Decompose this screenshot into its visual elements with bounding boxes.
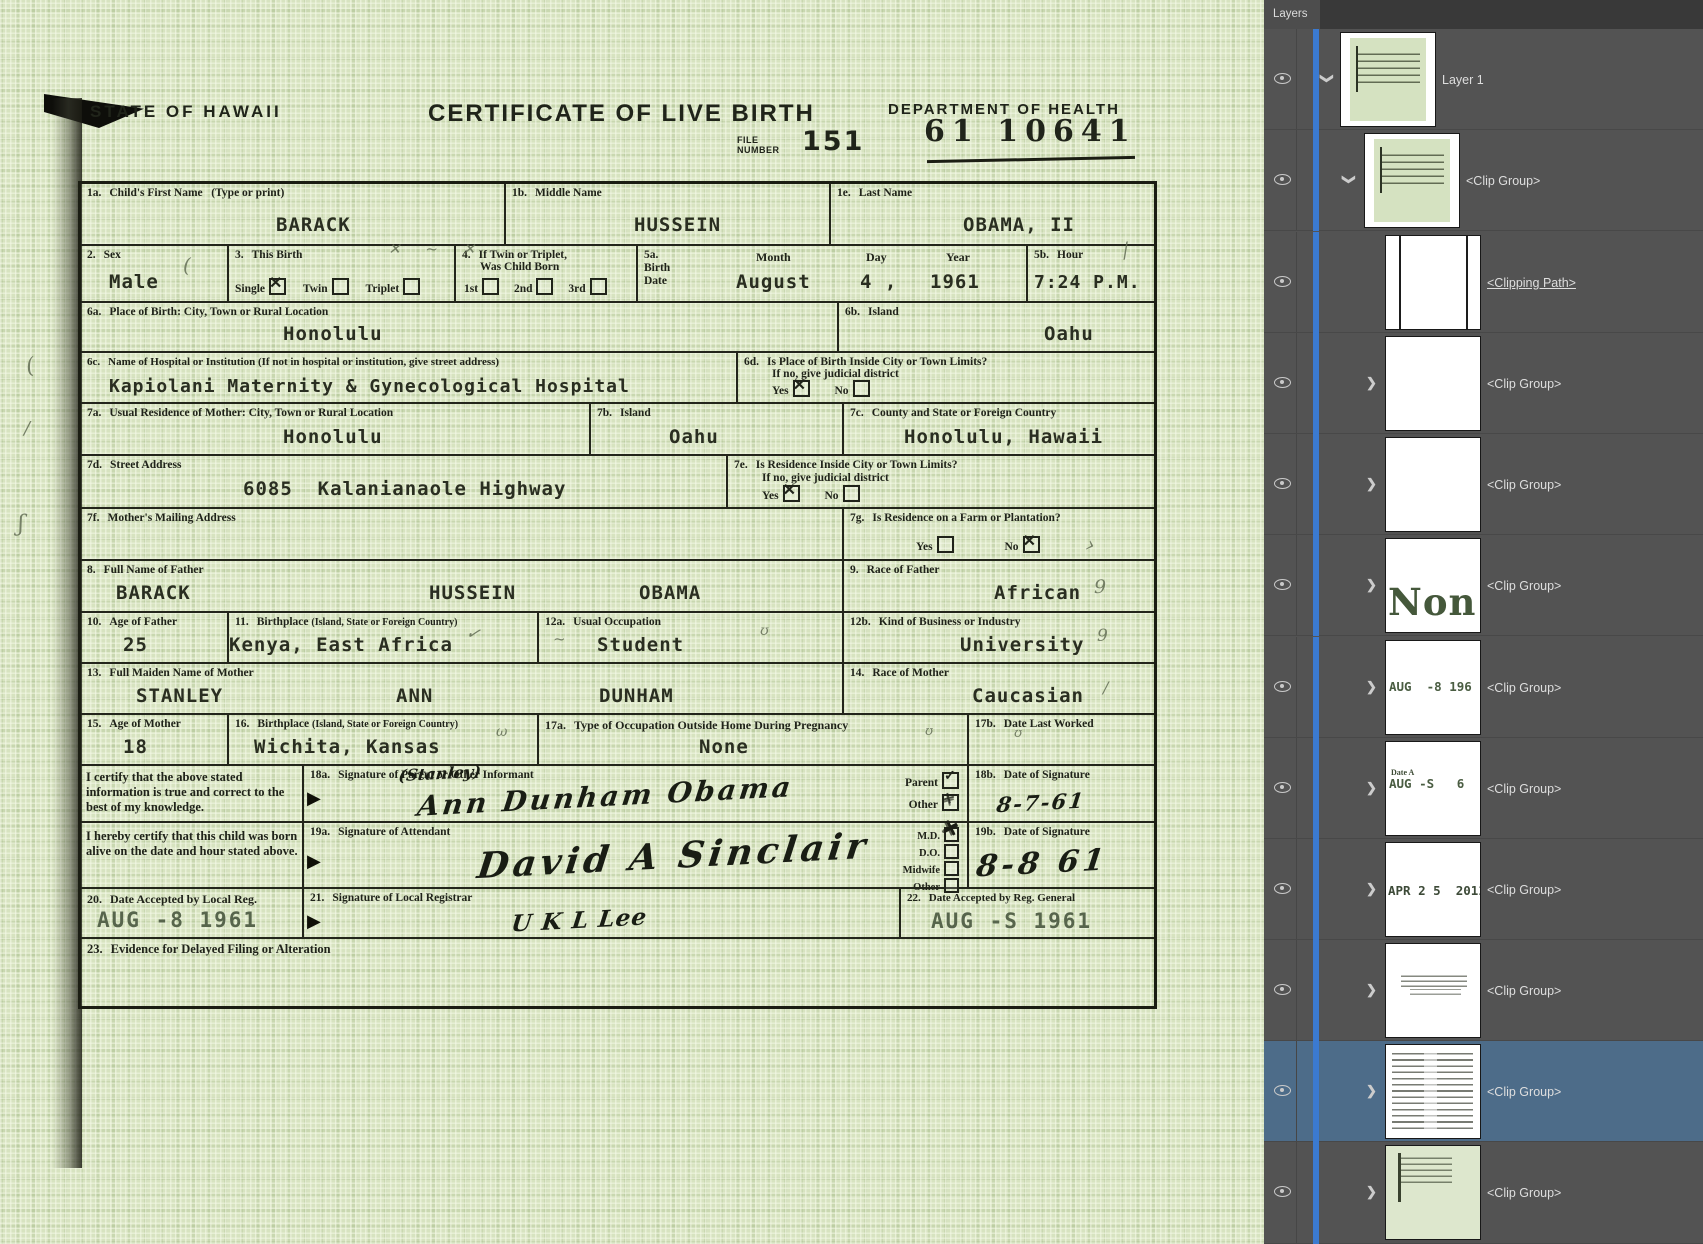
file-number-value: 151 [802, 126, 864, 157]
layer-row-clip-group[interactable]: ❯ <Clip Group> [1264, 434, 1703, 535]
occupation-outside-value: None [699, 736, 749, 758]
checkbox-other-informant [942, 794, 959, 811]
chevron-right-icon[interactable]: ❯ [1366, 476, 1377, 491]
signature-note: (Stanley) [398, 762, 483, 785]
visibility-eye-icon[interactable] [1274, 782, 1291, 793]
chevron-right-icon[interactable]: ❯ [1366, 1184, 1377, 1199]
field-17a-occupation-outside: 17a.Type of Occupation Outside Home Duri… [539, 715, 969, 766]
file-number-label: FILE NUMBER [737, 135, 780, 155]
visibility-eye-icon[interactable] [1274, 73, 1291, 84]
chevron-down-icon[interactable]: ❯ [1342, 174, 1357, 185]
layer-color-bar [1313, 738, 1319, 839]
pencil-mark: ʃ [18, 512, 24, 537]
arrow-marker-icon: ▶ [307, 788, 321, 809]
field-5a-birth-date: 5a. Birth Date Month Day Year August 4 ,… [638, 246, 1028, 303]
father-middle-value: HUSSEIN [429, 582, 516, 604]
father-last-value: OBAMA [639, 582, 701, 604]
field-19b-date-of-signature: 19b.Date of Signature 8-8 61 [969, 823, 1154, 889]
parent-signature-date: 8-7-61 [995, 788, 1087, 818]
hospital-value: Kapiolani Maternity & Gynecological Hosp… [109, 376, 630, 397]
document-canvas[interactable]: STATE OF HAWAII CERTIFICATE OF LIVE BIRT… [0, 0, 1264, 1244]
certificate-number-underline [927, 156, 1135, 163]
birth-hour-value: 7:24 P.M. [1034, 272, 1141, 293]
mother-birthplace-value: Wichita, Kansas [254, 736, 441, 758]
field-12a-occupation: 12a.Usual Occupation Student [539, 613, 844, 664]
mother-race-value: Caucasian [972, 685, 1084, 707]
visibility-eye-icon[interactable] [1274, 579, 1291, 590]
field-6b-island: 6b.Island Oahu [839, 303, 1154, 353]
reg-general-date-stamp: AUG -S 1961 [931, 909, 1092, 933]
visibility-eye-icon[interactable] [1274, 984, 1291, 995]
checkbox-parent [942, 772, 959, 789]
mother-maiden-value: DUNHAM [599, 685, 674, 707]
mother-island-value: Oahu [669, 426, 719, 448]
pencil-mark: ʊ [760, 623, 769, 639]
birth-day-value: 4 , [860, 271, 897, 293]
field-11-father-birthplace: 11.Birthplace (Island, State or Foreign … [229, 613, 539, 664]
father-first-value: BARACK [116, 582, 191, 604]
birth-year-value: 1961 [930, 271, 980, 293]
field-20-date-accepted-local: 20.Date Accepted by Local Reg. AUG -8 19… [81, 889, 304, 939]
chevron-right-icon[interactable]: ❯ [1366, 1083, 1377, 1098]
layer-thumbnail[interactable]: APR 2 5 2011 [1385, 842, 1481, 937]
checkbox-md [944, 827, 959, 842]
father-occupation-value: Student [597, 634, 684, 656]
visibility-eye-icon[interactable] [1274, 174, 1291, 185]
checkbox-2nd [536, 278, 553, 295]
layer-row-clip-group-apr-stamp[interactable]: ❯ APR 2 5 2011 <Clip Group> [1264, 839, 1703, 940]
layer-thumbnail[interactable] [1385, 336, 1481, 431]
layer-thumbnail[interactable] [1364, 133, 1460, 228]
field-13-mother-name: 13.Full Maiden Name of Mother STANLEY AN… [81, 664, 844, 715]
certify-statement-2: I hereby certify that this child was bor… [81, 823, 304, 889]
attendant-signature-date: 8-8 61 [974, 843, 1110, 885]
field-10-father-age: 10.Age of Father 25 [81, 613, 229, 664]
field-1b-middle-name: 1b.Middle Name HUSSEIN [506, 184, 831, 246]
layer-color-bar [1313, 1142, 1319, 1244]
field-7c-county-state: 7c.County and State or Foreign Country H… [844, 404, 1154, 456]
mother-residence-value: Honolulu [283, 426, 383, 448]
visibility-eye-icon[interactable] [1274, 276, 1291, 287]
layer-color-bar [1313, 1041, 1319, 1142]
layer-color-bar [1313, 434, 1319, 535]
child-first-name-value: BARACK [276, 214, 351, 236]
layer-color-bar [1313, 839, 1319, 940]
visibility-eye-icon[interactable] [1274, 478, 1291, 489]
field-21-local-registrar-signature: 21.Signature of Local Registrar ▶ U K L … [304, 889, 901, 939]
layer-thumbnail[interactable] [1385, 437, 1481, 532]
field-18a-parent-signature: 18a.Signature of Parent or Other Informa… [304, 766, 969, 823]
chevron-right-icon[interactable]: ❯ [1366, 780, 1377, 795]
checkbox-6d-no [853, 380, 870, 397]
checkbox-7e-yes [783, 485, 800, 502]
pencil-mark: ~ [553, 630, 566, 648]
sex-value: Male [109, 271, 159, 293]
chevron-right-icon[interactable]: ❯ [1366, 375, 1377, 390]
pencil-mark: ʊ [1014, 726, 1022, 741]
layer-thumbnail[interactable] [1340, 32, 1436, 127]
father-birthplace-value: Kenya, East Africa [229, 634, 453, 656]
field-19a-attendant-signature: 19a.Signature of Attendant ▶ David A Sin… [304, 823, 969, 889]
checkbox-do [944, 844, 959, 859]
field-17b-date-last-worked: 17b.Date Last Worked [969, 715, 1154, 766]
checkbox-triplet [403, 278, 420, 295]
local-reg-date-stamp: AUG -8 1961 [97, 908, 258, 932]
field-7b-island: 7b.Island Oahu [591, 404, 844, 456]
visibility-eye-icon[interactable] [1274, 1085, 1291, 1096]
layer-row-clip-group-letter[interactable]: ❯ <Clip Group> [1264, 940, 1703, 1041]
field-5b-hour: 5b.Hour 7:24 P.M. [1028, 246, 1154, 303]
layer-color-bar [1313, 637, 1319, 738]
birth-month-value: August [736, 271, 811, 293]
layers-panel: Layers ❯ Layer 1 ❯ <Clip Group> <Clippin… [1264, 0, 1703, 1244]
certificate-number: 61 10641 [924, 114, 1137, 149]
pencil-mark: / [1103, 678, 1108, 697]
checkbox-7e-no [843, 485, 860, 502]
child-middle-name-value: HUSSEIN [634, 214, 721, 236]
father-race-value: African [994, 582, 1081, 604]
field-22-date-accepted-general: 22.Date Accepted by Reg. General AUG -S … [901, 889, 1154, 939]
mother-middle-value: ANN [396, 685, 433, 707]
pencil-mark: ʊ [925, 724, 933, 739]
pencil-mark: / [24, 418, 30, 439]
certificate-form: 1a.Child's First Name (Type or print) BA… [78, 181, 1157, 1009]
layer-color-bar [1313, 535, 1319, 636]
field-6a-place-of-birth: 6a.Place of Birth: City, Town or Rural L… [81, 303, 839, 353]
layer-row-clip-group-aug-stamp[interactable]: ❯ AUG -8 196 <Clip Group> [1264, 637, 1703, 738]
chevron-right-icon[interactable]: ❯ [1366, 679, 1377, 694]
mother-first-value: STANLEY [136, 685, 223, 707]
pencil-mark: ( [183, 253, 191, 277]
local-registrar-signature: U K L Lee [510, 903, 649, 937]
layer-color-bar [1313, 333, 1319, 434]
layer-color-bar [1313, 130, 1319, 231]
tab-layers[interactable]: Layers [1264, 0, 1320, 29]
pencil-mark: 9 [1097, 626, 1108, 646]
visibility-eye-icon[interactable] [1274, 377, 1291, 388]
layer-thumbnail[interactable] [1385, 943, 1481, 1038]
field-6d-inside-limits: 6d.Is Place of Birth Inside City or Town… [738, 353, 1154, 404]
field-7e-residence-limits: 7e.Is Residence Inside City or Town Limi… [728, 456, 1154, 509]
father-business-value: University [960, 634, 1084, 656]
chevron-right-icon[interactable]: ❯ [1366, 881, 1377, 896]
checkbox-7g-no [1023, 536, 1040, 553]
field-9-father-race: 9.Race of Father African [844, 561, 1154, 613]
checkbox-midwife [944, 861, 959, 876]
layer-row-clip-group-selected[interactable]: ❯ <Clip Group> [1264, 1041, 1703, 1142]
field-18b-date-of-signature: 18b.Date of Signature 8-7-61 [969, 766, 1154, 823]
field-7g-farm-plantation: 7g.Is Residence on a Farm or Plantation?… [844, 509, 1154, 561]
layer-color-bar [1313, 232, 1319, 333]
field-23-evidence: 23.Evidence for Delayed Filing or Altera… [81, 939, 1154, 1006]
field-7d-street-address: 7d.Street Address 6085 Kalanianaole High… [81, 456, 728, 509]
layer-row-layer1[interactable]: ❯ Layer 1 [1264, 29, 1703, 130]
checkbox-single [269, 278, 286, 295]
field-7a-mother-residence: 7a.Usual Residence of Mother: City, Town… [81, 404, 591, 456]
pencil-mark: ( [24, 353, 37, 379]
chevron-down-icon[interactable]: ❯ [1320, 73, 1335, 84]
field-6c-hospital: 6c.Name of Hospital or Institution (If n… [81, 353, 738, 404]
layer-thumbnail[interactable] [1385, 1145, 1481, 1240]
chevron-right-icon[interactable]: ❯ [1366, 982, 1377, 997]
father-age-value: 25 [123, 634, 148, 656]
field-15-mother-age: 15.Age of Mother 18 [81, 715, 229, 766]
panel-tab-bar: Layers [1264, 0, 1703, 29]
layer-thumbnail[interactable]: Date A AUG -S 6 [1385, 741, 1481, 836]
layer-row-clip-group[interactable]: ❯ <Clip Group> [1264, 333, 1703, 434]
checkbox-3rd [590, 278, 607, 295]
checkbox-7g-yes [937, 536, 954, 553]
checkbox-6d-yes [793, 380, 810, 397]
app-window: STATE OF HAWAII CERTIFICATE OF LIVE BIRT… [0, 0, 1703, 1244]
field-16-mother-birthplace: 16.Birthplace (Island, State or Foreign … [229, 715, 539, 766]
field-7f-mailing-address: 7f.Mother's Mailing Address [81, 509, 844, 561]
pencil-mark: ✕ ~ ✕ [388, 240, 485, 258]
child-last-name-value: OBAMA, II [963, 214, 1075, 236]
pencil-mark: 9 [1094, 576, 1106, 598]
chevron-right-icon[interactable]: ❯ [1366, 577, 1377, 592]
layer-thumbnail[interactable] [1385, 235, 1481, 330]
checkbox-twin [332, 278, 349, 295]
layer-row-clip-group-non[interactable]: ❯ Non <Clip Group> [1264, 535, 1703, 636]
field-1e-last-name: 1e.Last Name OBAMA, II [831, 184, 1154, 246]
visibility-eye-icon[interactable] [1274, 883, 1291, 894]
place-of-birth-value: Honolulu [283, 323, 383, 345]
field-8-father-name: 8.Full Name of Father BARACK HUSSEIN OBA… [81, 561, 844, 613]
layer-thumbnail[interactable]: AUG -8 196 [1385, 640, 1481, 735]
attendant-signature: David A Sinclair [475, 825, 872, 887]
layer-color-bar [1313, 940, 1319, 1041]
field-1a-childs-first-name: 1a.Child's First Name (Type or print) BA… [81, 184, 506, 246]
checkbox-1st [482, 278, 499, 295]
visibility-eye-icon[interactable] [1274, 1186, 1291, 1197]
state-heading: STATE OF HAWAII [90, 102, 282, 122]
layer-row-clip-group-back[interactable]: ❯ <Clip Group> [1264, 1142, 1703, 1244]
layer-row-clip-group[interactable]: ❯ <Clip Group> [1264, 130, 1703, 231]
field-2-sex: 2.Sex Male [81, 246, 229, 303]
layer-thumbnail[interactable] [1385, 1044, 1481, 1139]
county-state-value: Honolulu, Hawaii [904, 426, 1103, 448]
certify-statement-1: I certify that the above stated informat… [81, 766, 304, 823]
street-address-value: 6085 Kalanianaole Highway [243, 478, 566, 500]
layer-color-bar [1313, 29, 1319, 130]
island-value: Oahu [1044, 323, 1094, 345]
layer-row-clip-group-date-stamp[interactable]: ❯ Date A AUG -S 6 <Clip Group> [1264, 738, 1703, 839]
layer-thumbnail[interactable]: Non [1385, 538, 1481, 633]
pencil-mark: ω [496, 724, 507, 740]
arrow-marker-icon: ▶ [307, 851, 321, 872]
mother-age-value: 18 [123, 736, 148, 758]
certificate-title: CERTIFICATE OF LIVE BIRTH [428, 100, 815, 128]
layer-row-clipping-path[interactable]: <Clipping Path> [1264, 232, 1703, 333]
visibility-eye-icon[interactable] [1274, 681, 1291, 692]
arrow-marker-icon: ▶ [307, 911, 321, 932]
